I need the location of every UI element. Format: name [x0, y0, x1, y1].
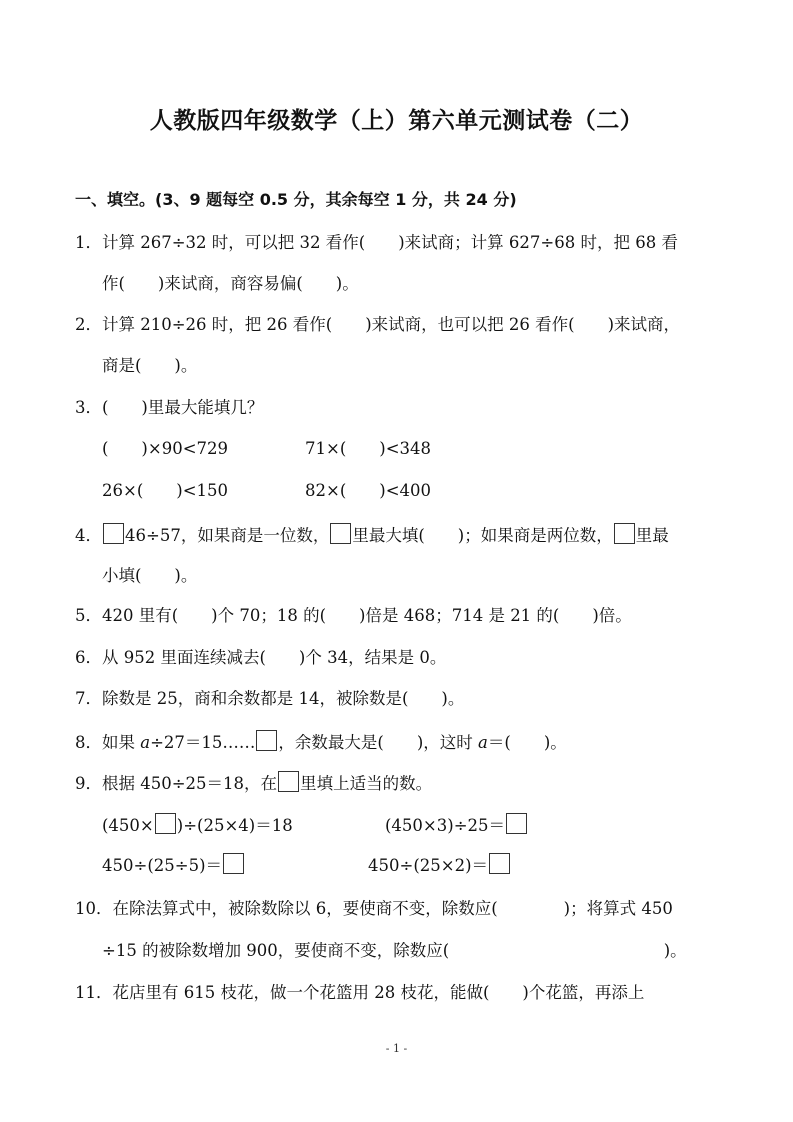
question-4-text-3: 里最	[636, 526, 669, 545]
question-4-number: 4．	[75, 526, 102, 545]
page-number: - 1 -	[0, 1042, 793, 1055]
question-4-text-2: 里最大填( )；如果商是两位数，	[352, 526, 612, 545]
question-7: 7．除数是 25，商和余数都是 14，被除数是( )。	[75, 688, 464, 710]
answer-box[interactable]	[614, 523, 635, 544]
answer-box[interactable]	[330, 523, 351, 544]
page-title: 人教版四年级数学（上）第六单元测试卷（二）	[0, 102, 793, 135]
answer-box[interactable]	[223, 853, 244, 874]
answer-box[interactable]	[155, 813, 176, 834]
answer-box[interactable]	[489, 853, 510, 874]
question-3-expr-4: 82×( )<400	[305, 480, 431, 502]
question-1-line-1: 1．计算 267÷32 时，可以把 32 看作( )来试商；计算 627÷68 …	[75, 232, 678, 254]
question-2-line-2: 商是( )。	[102, 355, 197, 377]
expr-text: 450÷(25÷5)＝	[102, 856, 222, 875]
answer-box[interactable]	[103, 523, 124, 544]
question-6: 6．从 952 里面连续减去( )个 34，结果是 0。	[75, 647, 446, 669]
question-5: 5．420 里有( )个 70；18 的( )倍是 468；714 是 21 的…	[75, 605, 632, 627]
question-9-expr-4: 450÷(25×2)＝	[368, 853, 511, 877]
question-9-expr-1: (450×)÷(25×4)＝18	[102, 813, 293, 837]
answer-box	[278, 771, 299, 792]
question-11-line-1: 11．花店里有 615 枝花，做一个花篮用 28 枝花，能做( )个花篮，再添上	[75, 982, 644, 1004]
question-9-expr-2: (450×3)÷25＝	[385, 813, 528, 837]
answer-box[interactable]	[506, 813, 527, 834]
question-9-text-2: 里填上适当的数。	[300, 774, 432, 793]
variable-a: a	[140, 733, 150, 752]
question-8-text-2: ，余数最大是( )，这时	[278, 733, 478, 752]
question-4-text-1: 46÷57，如果商是一位数，	[125, 526, 329, 545]
question-4-line-2: 小填( )。	[102, 565, 197, 587]
expr-text: )÷(25×4)＝18	[177, 816, 293, 835]
question-1-line-2: 作( )来试商，商容易偏( )。	[102, 273, 359, 295]
question-10-line-2: ÷15 的被除数增加 900，要使商不变，除数应( )。	[102, 940, 687, 962]
question-3-expr-2: 71×( )<348	[305, 438, 431, 460]
question-8-text-1: ÷27＝15……	[150, 733, 255, 752]
question-2-line-1: 2．计算 210÷26 时，把 26 看作( )来试商，也可以把 26 看作( …	[75, 314, 680, 336]
question-9-text-1: 9．根据 450÷25＝18，在	[75, 774, 277, 793]
question-3-line-1: 3．( )里最大能填几？	[75, 397, 263, 419]
question-8-text-3: ＝( )。	[488, 733, 567, 752]
expr-text: 450÷(25×2)＝	[368, 856, 488, 875]
answer-box[interactable]	[256, 730, 277, 751]
question-9: 9．根据 450÷25＝18，在里填上适当的数。	[75, 771, 432, 795]
expr-text: (450×3)÷25＝	[385, 816, 505, 835]
question-3-expr-1: ( )×90<729	[102, 438, 228, 460]
question-4-line-1: 4．46÷57，如果商是一位数，里最大填( )；如果商是两位数，里最	[75, 523, 669, 547]
variable-a: a	[478, 733, 488, 752]
section-heading-fill-blank: 一、填空。(3、9 题每空 0.5 分，其余每空 1 分，共 24 分)	[75, 189, 517, 211]
question-3-expr-3: 26×( )<150	[102, 480, 228, 502]
expr-text: (450×	[102, 816, 154, 835]
question-8-number: 8．如果	[75, 733, 140, 752]
question-8: 8．如果 a÷27＝15……，余数最大是( )，这时 a＝( )。	[75, 730, 567, 754]
question-9-expr-3: 450÷(25÷5)＝	[102, 853, 245, 877]
question-10-line-1: 10．在除法算式中，被除数除以 6，要使商不变，除数应( )；将算式 450	[75, 898, 673, 920]
